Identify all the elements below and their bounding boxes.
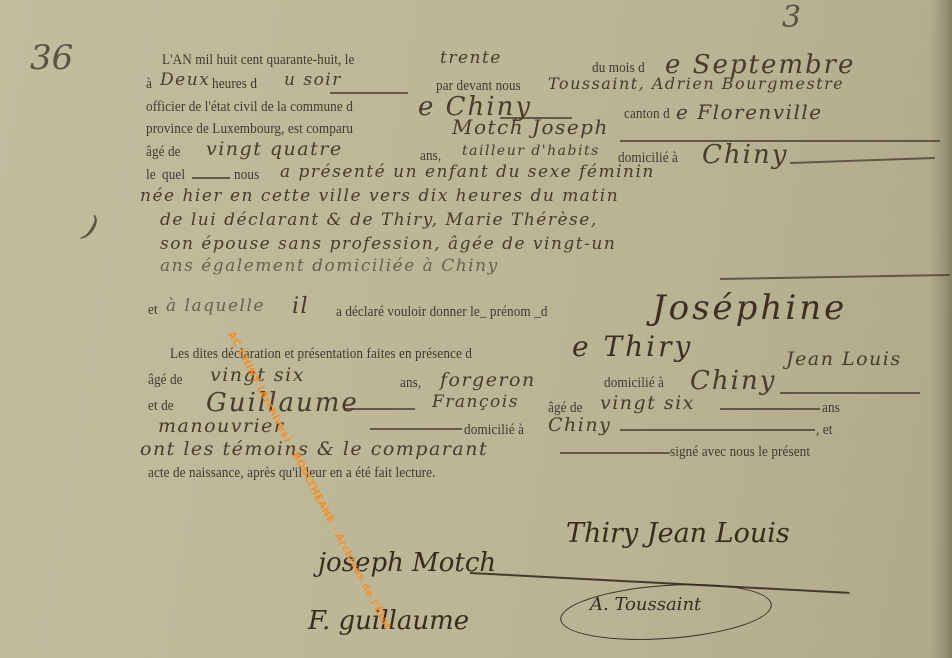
signature-witness1: Thiry Jean Louis bbox=[566, 518, 790, 549]
printed-line-12: Les dites déclaration et présentation fa… bbox=[170, 346, 472, 363]
hand-canton: e Florenville bbox=[676, 100, 823, 124]
hand-hour: Deux bbox=[160, 70, 210, 90]
hand-witness2-domicile: Chiny bbox=[548, 414, 611, 436]
printed-heures: heures d bbox=[212, 76, 257, 93]
printed-et-2: , et bbox=[816, 422, 832, 439]
fill-rule bbox=[780, 392, 920, 394]
hand-witness1-surname: e Thiry bbox=[572, 330, 693, 363]
printed-quel: quel bbox=[162, 167, 185, 184]
margin-bracket: ) bbox=[79, 209, 102, 246]
hand-period: u soir bbox=[284, 70, 342, 90]
printed-line-1: L'AN mil huit cent quarante-huit, le bbox=[162, 52, 355, 69]
hand-declarant-age: vingt quatre bbox=[206, 138, 343, 160]
printed-nous: nous bbox=[234, 167, 259, 184]
printed-age-de-2: âgé de bbox=[148, 372, 183, 389]
document-page: 36 3 ) L'AN mil huit cent quarante-huit,… bbox=[0, 0, 952, 658]
printed-canton: canton d bbox=[624, 106, 670, 123]
printed-et: et bbox=[148, 302, 158, 319]
hand-witness1-occupation: forgeron bbox=[440, 369, 536, 391]
fill-rule bbox=[345, 408, 415, 410]
hand-line-7: née hier en cette ville vers dix heures … bbox=[140, 186, 619, 206]
printed-et-de: et de bbox=[148, 398, 174, 415]
hand-witness1-given: Jean Louis bbox=[786, 348, 902, 370]
hand-occupation: tailleur d'habits bbox=[462, 143, 600, 159]
fill-rule bbox=[192, 177, 230, 179]
printed-ans-2: ans, bbox=[400, 375, 421, 392]
printed-domicilie-2: domicilié à bbox=[604, 375, 664, 392]
printed-a: à bbox=[146, 76, 152, 93]
page-edge-shadow bbox=[930, 0, 952, 658]
hand-line-6: a présenté un enfant du sexe féminin bbox=[280, 162, 655, 182]
printed-line-17: acte de naissance, après qu'il leur en a… bbox=[148, 465, 435, 482]
printed-le: le bbox=[146, 167, 156, 184]
hand-witness2-given: François bbox=[432, 392, 519, 412]
hand-witness2-surname: Guillaume bbox=[206, 388, 359, 418]
hand-witness2-occupation: manouvrier bbox=[158, 415, 284, 437]
hand-witness1-domicile: Chiny bbox=[690, 366, 776, 396]
hand-line-8: de lui déclarant & de Thiry, Marie Thérè… bbox=[160, 210, 598, 230]
hand-il: il bbox=[292, 294, 309, 319]
printed-ans-3: ans bbox=[822, 400, 840, 417]
fill-rule bbox=[720, 408, 820, 410]
margin-record-number: 36 bbox=[30, 38, 73, 78]
signature-officer: A. Toussaint bbox=[590, 594, 701, 615]
printed-line-3: officier de l'état civil de la commune d bbox=[146, 99, 353, 116]
printed-line-11: a déclaré vouloir donner le_ prénom _d bbox=[336, 304, 548, 321]
hand-witness2-age: vingt six bbox=[600, 392, 695, 414]
fill-rule bbox=[560, 452, 670, 454]
fill-rule bbox=[790, 157, 935, 164]
printed-age-de: âgé de bbox=[146, 144, 181, 161]
printed-line-4: province de Luxembourg, est comparu bbox=[146, 121, 353, 138]
fill-rule bbox=[370, 428, 462, 430]
hand-line-9: son épouse sans profession, âgée de ving… bbox=[160, 234, 616, 254]
hand-domicile: Chiny bbox=[702, 140, 788, 170]
hand-line-16: ont les témoins & le comparant bbox=[140, 438, 488, 460]
printed-domicilie-3: domicilié à bbox=[464, 422, 524, 439]
fill-rule bbox=[330, 92, 408, 94]
hand-given-name: Joséphine bbox=[652, 288, 847, 328]
fill-rule bbox=[620, 429, 815, 431]
hand-declarant: Motch Joseph bbox=[452, 115, 609, 139]
printed-line-16: signé avec nous le présent bbox=[670, 444, 810, 461]
hand-officer: Toussaint, Adrien Bourgmestre bbox=[548, 74, 844, 93]
hand-a-laquelle: à laquelle bbox=[166, 296, 265, 316]
hand-day: trente bbox=[440, 48, 502, 68]
fill-rule bbox=[720, 274, 950, 280]
hand-line-10: ans également domiciliée à Chiny bbox=[160, 256, 499, 276]
top-right-mark: 3 bbox=[782, 0, 801, 35]
